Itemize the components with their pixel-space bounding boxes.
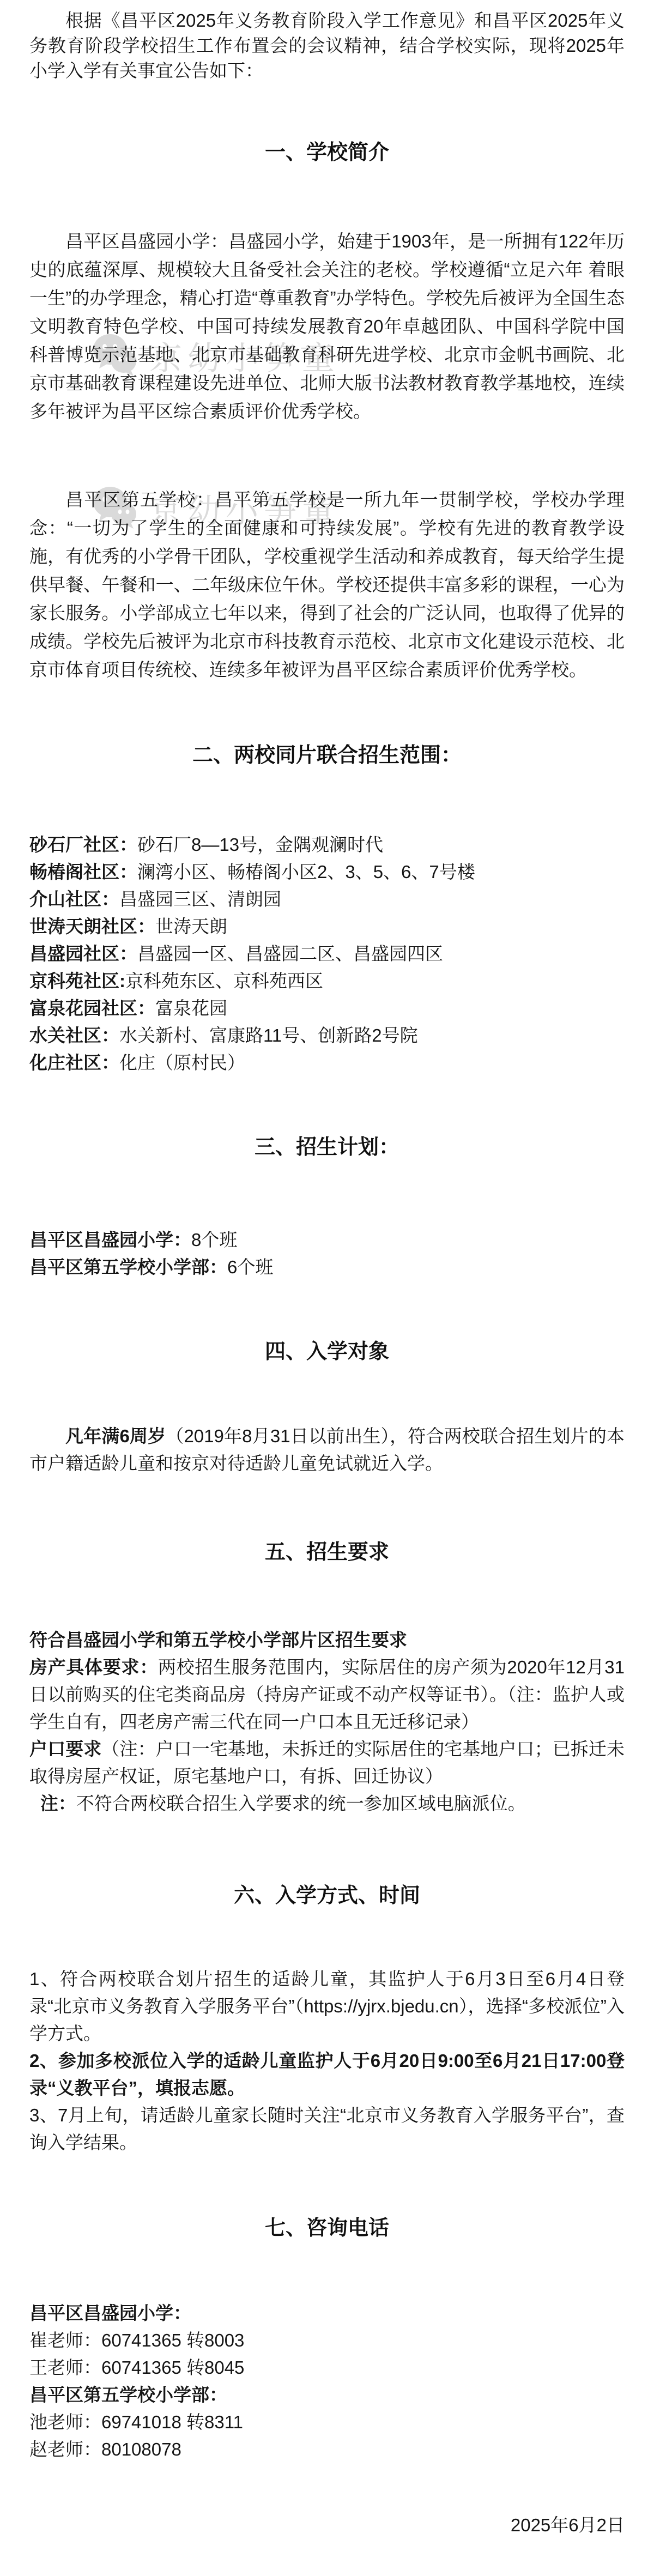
step-2: 2、参加多校派位入学的适龄儿童监护人于6月20日9:00至6月21日17:00登… [29, 2047, 625, 2102]
contact-school: 昌平区昌盛园小学： [29, 2300, 625, 2327]
announcement-page: 京幼小笋童 京幼小笋童 根据《昌平区2025年义务教育阶段入学工作意见》和昌平区… [0, 0, 654, 2576]
community-list: 砂石厂社区：砂石厂8—13号，金隅观澜时代 畅椿阁社区：澜湾小区、畅椿阁小区2、… [29, 831, 625, 1077]
contact-teacher: 赵老师：80108078 [29, 2436, 625, 2463]
community-detail: 富泉花园 [155, 998, 227, 1018]
community-detail: 砂石厂8—13号，金隅观澜时代 [137, 835, 383, 855]
community-detail: 昌盛园三区、清朗园 [119, 889, 281, 909]
plan-class-count: 8个班 [191, 1230, 237, 1250]
section-heading-requirements: 五、招生要求 [29, 1537, 625, 1568]
community-detail: 澜湾小区、畅椿阁小区2、3、5、6、7号楼 [137, 862, 475, 882]
community-row: 介山社区：昌盛园三区、清朗园 [29, 886, 625, 913]
plan-school-name: 昌平区昌盛园小学： [29, 1230, 191, 1250]
contact-school: 昌平区第五学校小学部： [29, 2381, 625, 2409]
requirements-note-text: 不符合两校联合招生入学要求的统一参加区域电脑派位。 [76, 1793, 526, 1813]
community-detail: 水关新村、富康路11号、创新路2号院 [119, 1025, 418, 1045]
eligibility-age: 凡年满6周岁 [65, 1426, 166, 1446]
community-row: 砂石厂社区：砂石厂8—13号，金隅观澜时代 [29, 831, 625, 858]
contact-teacher: 崔老师：60741365 转8003 [29, 2327, 625, 2354]
requirements-block: 符合昌盛园小学和第五学校小学部片区招生要求 房产具体要求：两校招生服务范围内，实… [29, 1626, 625, 1817]
section-heading-contact: 七、咨询电话 [29, 2213, 625, 2244]
hukou-requirement: 户口要求（注：户口一宅基地，未拆迁的实际居住的宅基地户口；已拆迁未取得房屋产权证… [29, 1736, 625, 1790]
section-heading-enrollment-scope: 二、两校同片联合招生范围： [29, 740, 625, 771]
community-row: 畅椿阁社区：澜湾小区、畅椿阁小区2、3、5、6、7号楼 [29, 858, 625, 886]
section-heading-school-profile: 一、学校简介 [29, 137, 625, 168]
community-name: 昌盛园社区： [29, 944, 137, 964]
section-heading-eligibility: 四、入学对象 [29, 1337, 625, 1367]
community-name: 京科苑社区: [29, 971, 125, 991]
contact-list: 昌平区昌盛园小学： 崔老师：60741365 转8003 王老师：6074136… [29, 2300, 625, 2463]
property-requirement-label: 房产具体要求： [29, 1657, 158, 1677]
requirements-note: 注：不符合两校联合招生入学要求的统一参加区域电脑派位。 [29, 1790, 625, 1817]
community-name: 世涛天朗社区： [29, 916, 155, 936]
plan-list: 昌平区昌盛园小学：8个班 昌平区第五学校小学部：6个班 [29, 1226, 625, 1281]
community-detail: 昌盛园一区、昌盛园二区、昌盛园四区 [137, 944, 443, 964]
contact-teacher: 王老师：60741365 转8045 [29, 2354, 625, 2381]
community-row: 世涛天朗社区：世涛天朗 [29, 913, 625, 940]
community-name: 砂石厂社区： [29, 835, 137, 855]
plan-row: 昌平区昌盛园小学：8个班 [29, 1226, 625, 1254]
community-row: 化庄社区：化庄（原村民） [29, 1049, 625, 1077]
publish-date: 2025年6月2日 [29, 2512, 625, 2539]
requirements-note-label: 注： [40, 1793, 76, 1813]
community-row: 富泉花园社区：富泉花园 [29, 995, 625, 1022]
community-row: 昌盛园社区：昌盛园一区、昌盛园二区、昌盛园四区 [29, 940, 625, 967]
paragraph-eligibility: 凡年满6周岁（2019年8月31日以前出生），符合两校联合招生划片的本市户籍适龄… [29, 1423, 625, 1477]
contact-teacher: 池老师：69741018 转8311 [29, 2409, 625, 2436]
community-name: 介山社区： [29, 889, 119, 909]
step-1: 1、符合两校联合划片招生的适龄儿童，其监护人于6月3日至6月4日登录“北京市义务… [29, 1966, 625, 2047]
section-heading-method-time: 六、入学方式、时间 [29, 1880, 625, 1911]
paragraph-fifth-school-intro: 昌平区第五学校：昌平第五学校是一所九年一贯制学校，学校办学理念：“一切为了学生的… [29, 486, 625, 684]
requirements-title: 符合昌盛园小学和第五学校小学部片区招生要求 [29, 1626, 625, 1654]
community-detail: 世涛天朗 [155, 916, 227, 936]
paragraph-changshengyuan-intro: 昌平区昌盛园小学：昌盛园小学，始建于1903年，是一所拥有122年历史的底蕴深厚… [29, 227, 625, 426]
plan-school-name: 昌平区第五学校小学部： [29, 1257, 227, 1277]
hukou-requirement-label: 户口要求 [29, 1739, 101, 1759]
property-requirement: 房产具体要求：两校招生服务范围内，实际居住的房产须为2020年12月31日以前购… [29, 1654, 625, 1736]
section-heading-enrollment-plan: 三、招生计划： [29, 1132, 625, 1163]
hukou-requirement-text: （注：户口一宅基地，未拆迁的实际居住的宅基地户口；已拆迁未取得房屋产权证，原宅基… [29, 1739, 625, 1786]
plan-row: 昌平区第五学校小学部：6个班 [29, 1254, 625, 1281]
community-row: 水关社区：水关新村、富康路11号、创新路2号院 [29, 1022, 625, 1049]
community-name: 化庄社区： [29, 1053, 119, 1073]
community-name: 富泉花园社区： [29, 998, 155, 1018]
community-detail: 化庄（原村民） [119, 1053, 245, 1073]
step-3: 3、7月上旬，请适龄儿童家长随时关注“北京市义务教育入学服务平台”，查询入学结果… [29, 2102, 625, 2156]
community-name: 畅椿阁社区： [29, 862, 137, 882]
community-detail: 京科苑东区、京科苑西区 [125, 971, 323, 991]
intro-paragraph: 根据《昌平区2025年义务教育阶段入学工作意见》和昌平区2025年义务教育阶段学… [29, 8, 625, 83]
community-name: 水关社区： [29, 1025, 119, 1045]
steps-list: 1、符合两校联合划片招生的适龄儿童，其监护人于6月3日至6月4日登录“北京市义务… [29, 1966, 625, 2156]
plan-class-count: 6个班 [227, 1257, 273, 1277]
community-row: 京科苑社区:京科苑东区、京科苑西区 [29, 967, 625, 995]
